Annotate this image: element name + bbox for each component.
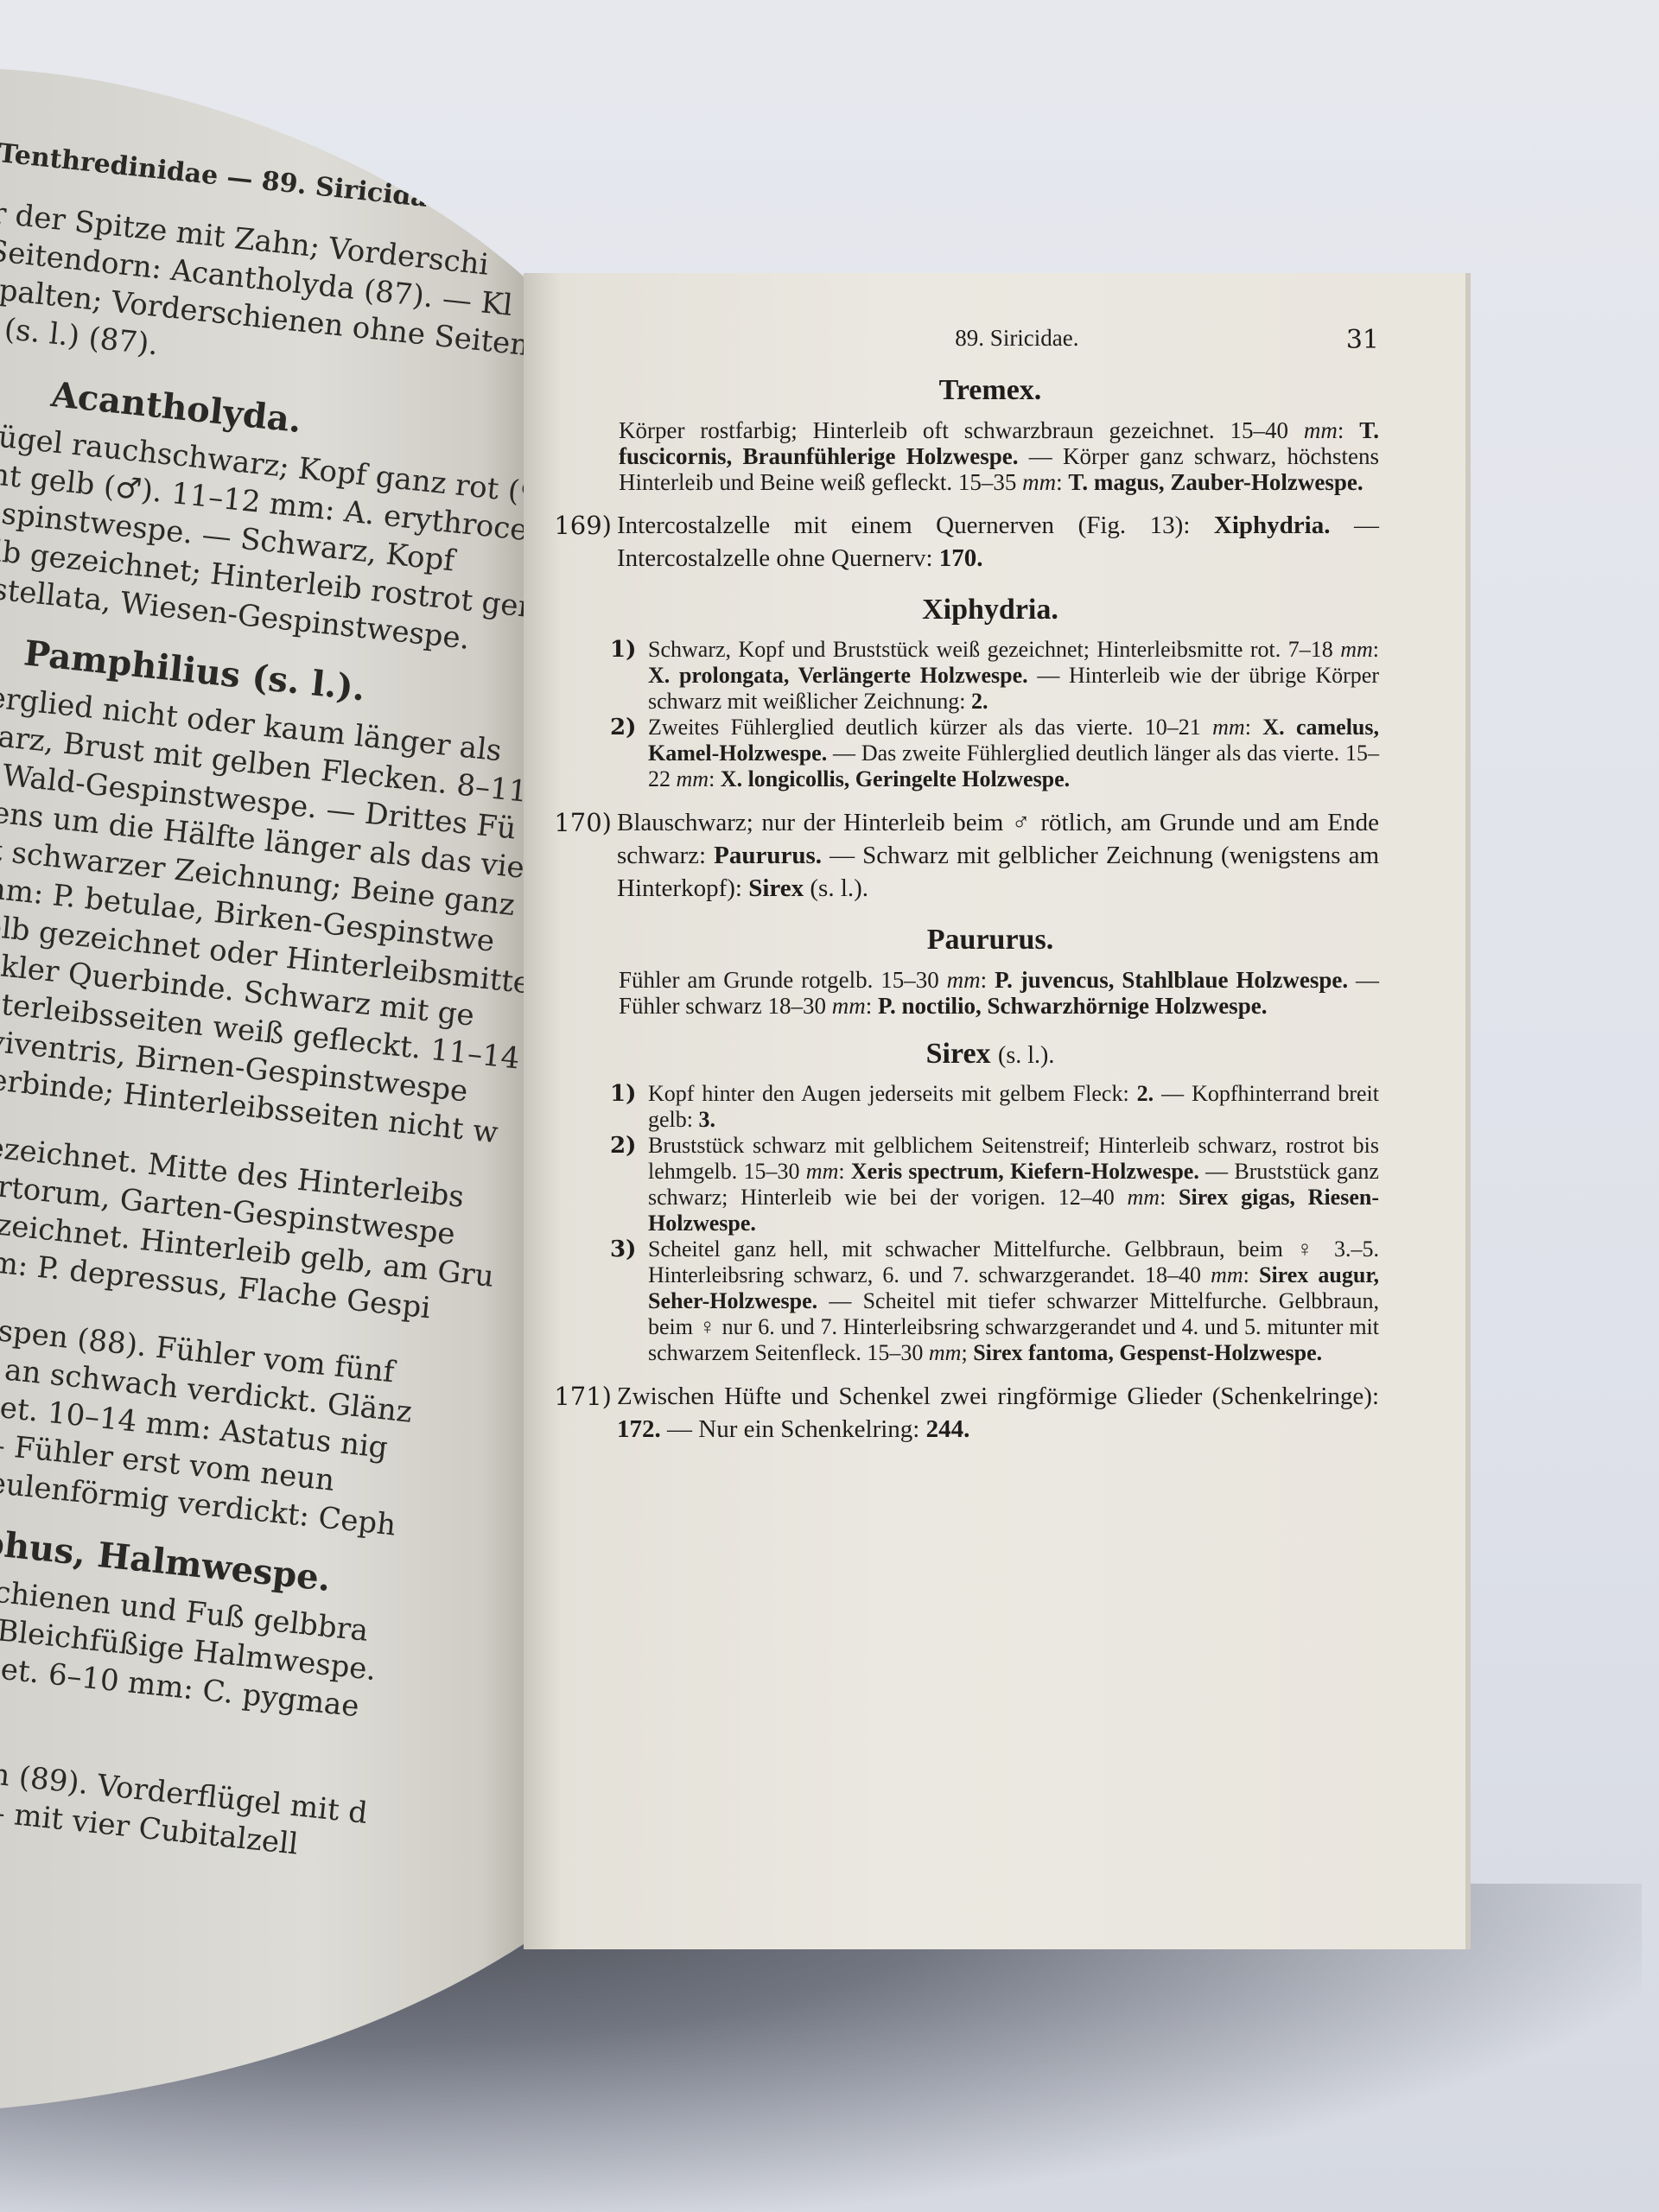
species-name: Sirex bbox=[748, 874, 804, 902]
couplet-169: 169) Intercostalzelle mit einem Quernerv… bbox=[601, 509, 1379, 575]
couplet-text: Blauschwarz; nur der Hinterleib beim ♂ r… bbox=[617, 806, 1379, 905]
species-name: Paururus. bbox=[714, 842, 822, 869]
left-page-content: Tenthredinidae — 89. Siricidae. r der Sp… bbox=[0, 138, 524, 1908]
key-item-text: Schwarz, Kopf und Bruststück weiß gezeic… bbox=[648, 637, 1379, 715]
text-run: (s. l.). bbox=[804, 874, 868, 902]
text-run: : bbox=[1338, 417, 1359, 443]
unit: mm bbox=[832, 993, 866, 1019]
text-run: — Nur ein Schenkelring: bbox=[661, 1415, 926, 1443]
running-head-title: 89. Siricidae. bbox=[688, 325, 1346, 355]
text-run: : bbox=[1056, 469, 1068, 495]
text-run: Fühler am Grunde rotgelb. 15–30 bbox=[619, 967, 947, 993]
species-name: 170. bbox=[939, 544, 983, 572]
text-run: : bbox=[981, 967, 995, 993]
page-number: 31 bbox=[1346, 325, 1379, 355]
text-run: : bbox=[1245, 715, 1263, 740]
key-item: 3)Scheitel ganz hell, mit schwacher Mitt… bbox=[610, 1236, 1379, 1366]
text-run: : bbox=[1373, 637, 1379, 662]
text-run: : bbox=[709, 766, 721, 791]
species-name: 2. bbox=[971, 689, 988, 714]
right-page-content: 89. Siricidae. 31 Tremex. Körper rostfar… bbox=[601, 325, 1379, 1446]
right-page: 89. Siricidae. 31 Tremex. Körper rostfar… bbox=[524, 273, 1471, 1949]
couplet-170: 170) Blauschwarz; nur der Hinterleib bei… bbox=[601, 806, 1379, 905]
key-item: 1)Kopf hinter den Augen jederseits mit g… bbox=[610, 1081, 1379, 1133]
paururus-text: Fühler am Grunde rotgelb. 15–30 mm: P. j… bbox=[601, 967, 1379, 1019]
text-run: : bbox=[838, 1159, 851, 1184]
running-head: 89. Siricidae. 31 bbox=[688, 325, 1379, 355]
genus-suffix: (s. l.). bbox=[998, 1042, 1054, 1069]
couplet-number: 169) bbox=[541, 509, 617, 575]
key-item-text: Scheitel ganz hell, mit schwacher Mittel… bbox=[648, 1236, 1379, 1366]
species-name: P. noctilio, Schwarzhörnige Holzwespe. bbox=[878, 993, 1267, 1019]
unit: mm bbox=[1212, 715, 1245, 740]
unit: mm bbox=[1340, 637, 1373, 662]
key-item-number: 1) bbox=[610, 1081, 648, 1133]
key-item: 1)Schwarz, Kopf und Bruststück weiß geze… bbox=[610, 637, 1379, 715]
key-item-text: Bruststück schwarz mit gelblichem Seiten… bbox=[648, 1133, 1379, 1236]
key-item-text: Kopf hinter den Augen jederseits mit gel… bbox=[648, 1081, 1379, 1133]
couplet-number: 170) bbox=[541, 806, 617, 905]
unit: mm bbox=[947, 967, 981, 993]
species-name: Xiphydria. bbox=[1214, 512, 1331, 539]
species-name: 244. bbox=[926, 1415, 970, 1443]
genus-heading-tremex: Tremex. bbox=[601, 374, 1379, 407]
unit: mm bbox=[1211, 1262, 1243, 1287]
text-run: Körper rostfarbig; Hinterleib oft schwar… bbox=[619, 417, 1304, 443]
genus-heading-xiphydria: Xiphydria. bbox=[601, 594, 1379, 626]
sirex-key: 1)Kopf hinter den Augen jederseits mit g… bbox=[601, 1081, 1379, 1366]
unit: mm bbox=[1128, 1185, 1160, 1210]
text-run: : bbox=[1243, 1262, 1259, 1287]
unit: mm bbox=[1304, 417, 1338, 443]
genus-heading-sirex: Sirex (s. l.). bbox=[601, 1038, 1379, 1071]
key-item-number: 2) bbox=[610, 1133, 648, 1236]
species-name: Xeris spectrum, Kiefern-Holzwespe. bbox=[851, 1159, 1199, 1184]
couplet-number: 171) bbox=[541, 1380, 617, 1446]
text-run: : bbox=[1160, 1185, 1179, 1210]
species-name: P. juvencus, Stahlblaue Holzwespe. bbox=[995, 967, 1348, 993]
left-page: Tenthredinidae — 89. Siricidae. r der Sp… bbox=[0, 0, 524, 2108]
key-item: 2)Bruststück schwarz mit gelblichem Seit… bbox=[610, 1133, 1379, 1236]
species-name: 172. bbox=[617, 1415, 661, 1443]
species-name: X. prolongata, Verlängerte Holzwespe. bbox=[648, 663, 1028, 688]
text-run: Zwischen Hüfte und Schenkel zwei ringför… bbox=[617, 1382, 1379, 1410]
couplet-text: Intercostalzelle mit einem Quernerven (F… bbox=[617, 509, 1379, 575]
species-name: X. longicollis, Geringelte Holzwespe. bbox=[721, 766, 1070, 791]
species-name: 2. bbox=[1137, 1081, 1154, 1106]
species-name: T. magus, Zauber-Holzwespe. bbox=[1068, 469, 1363, 495]
key-item-number: 1) bbox=[610, 637, 648, 715]
couplet-text: Zwischen Hüfte und Schenkel zwei ringför… bbox=[617, 1380, 1379, 1446]
xiphydria-key: 1)Schwarz, Kopf und Bruststück weiß geze… bbox=[601, 637, 1379, 792]
couplet-171: 171) Zwischen Hüfte und Schenkel zwei ri… bbox=[601, 1380, 1379, 1446]
genus-heading-paururus: Paururus. bbox=[601, 924, 1379, 957]
key-item-number: 3) bbox=[610, 1236, 648, 1366]
tremex-text: Körper rostfarbig; Hinterleib oft schwar… bbox=[601, 417, 1379, 495]
species-name: 3. bbox=[699, 1107, 716, 1132]
key-item-text: Zweites Fühlerglied deutlich kürzer als … bbox=[648, 715, 1379, 792]
text-run: ; bbox=[961, 1340, 973, 1365]
unit: mm bbox=[677, 766, 709, 791]
text-run: Zweites Fühlerglied deutlich kürzer als … bbox=[648, 715, 1212, 740]
genus-name: Sirex bbox=[926, 1038, 991, 1070]
text-run: Kopf hinter den Augen jederseits mit gel… bbox=[648, 1081, 1137, 1106]
text-run: Schwarz, Kopf und Bruststück weiß gezeic… bbox=[648, 637, 1340, 662]
text-run: Intercostalzelle mit einem Quernerven (F… bbox=[617, 512, 1214, 539]
key-item-number: 2) bbox=[610, 715, 648, 792]
species-name: Sirex fantoma, Gespenst-Holzwespe. bbox=[973, 1340, 1322, 1365]
unit: mm bbox=[806, 1159, 839, 1184]
text-run: : bbox=[866, 993, 878, 1019]
unit: mm bbox=[1022, 469, 1056, 495]
key-item: 2)Zweites Fühlerglied deutlich kürzer al… bbox=[610, 715, 1379, 792]
unit: mm bbox=[929, 1340, 962, 1365]
